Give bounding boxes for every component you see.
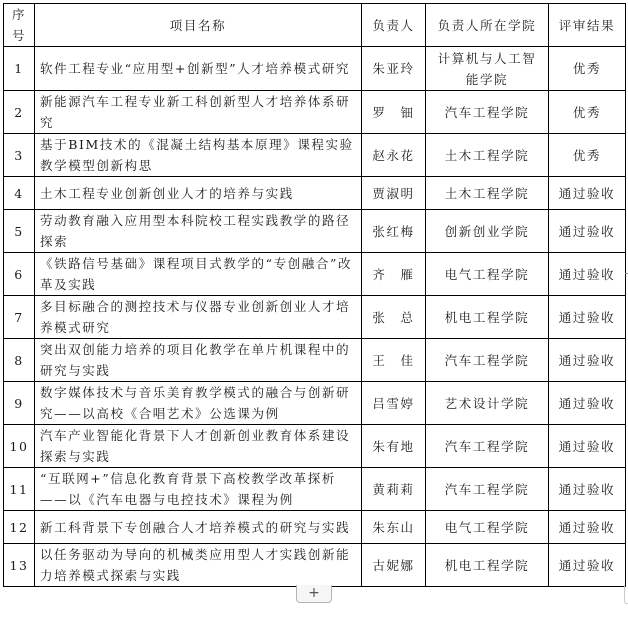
row-college: 计算机与人工智能学院 [426,47,549,91]
row-seq: 5 [4,210,35,253]
table-row: 7多目标融合的测控技术与仪器专业创新创业人才培养模式研究张 总机电工程学院通过验… [4,296,626,339]
row-seq: 4 [4,177,35,210]
header-name: 项目名称 [35,4,362,47]
row-college: 机电工程学院 [426,544,549,587]
header-person: 负责人 [362,4,426,47]
row-college: 土木工程学院 [426,134,549,177]
row-college: 土木工程学院 [426,177,549,210]
table-row: 3基于BIM技术的《混凝土结构基本原理》课程实验教学模型创新构思赵永花土木工程学… [4,134,626,177]
plus-icon: + [308,585,320,601]
row-seq: 8 [4,339,35,382]
row-seq: 3 [4,134,35,177]
row-result: 通过验收 [549,339,626,382]
table-row: 10汽车产业智能化背景下人才创新创业教育体系建设探索与实践朱有地汽车工程学院通过… [4,425,626,468]
row-person: 朱有地 [362,425,426,468]
row-seq: 13 [4,544,35,587]
table-row: 2新能源汽车工程专业新工科创新型人才培养体系研究罗 钿汽车工程学院优秀 [4,91,626,134]
row-person: 罗 钿 [362,91,426,134]
table-row: 5劳动教育融入应用型本科院校工程实践教学的路径探索张红梅创新创业学院通过验收 [4,210,626,253]
row-person: 齐 雁 [362,253,426,296]
project-review-table: 序号 项目名称 负责人 负责人所在学院 评审结果 1软件工程专业“应用型+创新型… [3,3,626,587]
row-person: 朱东山 [362,511,426,544]
right-edge-handle [624,585,628,604]
row-result: 通过验收 [549,382,626,425]
row-seq: 11 [4,468,35,511]
row-project-name: 汽车产业智能化背景下人才创新创业教育体系建设探索与实践 [35,425,362,468]
header-row: 序号 项目名称 负责人 负责人所在学院 评审结果 [4,4,626,47]
row-seq: 12 [4,511,35,544]
row-person: 吕雪婷 [362,382,426,425]
table-row: 1软件工程专业“应用型+创新型”人才培养模式研究朱亚玲计算机与人工智能学院优秀 [4,47,626,91]
table-row: 8突出双创能力培养的项目化教学在单片机课程中的研究与实践王 佳汽车工程学院通过验… [4,339,626,382]
row-college: 艺术设计学院 [426,382,549,425]
row-result: 通过验收 [549,177,626,210]
table-row: 6《铁路信号基础》课程项目式教学的“专创融合”改革及实践齐 雁电气工程学院通过验… [4,253,626,296]
table-row: 9数字媒体技术与音乐美育教学模式的融合与创新研究——以高校《合唱艺术》公选课为例… [4,382,626,425]
row-result: 通过验收 [549,511,626,544]
header-result: 评审结果 [549,4,626,47]
row-person: 赵永花 [362,134,426,177]
row-result: 通过验收 [549,468,626,511]
row-college: 电气工程学院 [426,253,549,296]
header-college: 负责人所在学院 [426,4,549,47]
row-person: 贾淑明 [362,177,426,210]
row-result: 通过验收 [549,544,626,587]
row-project-name: 新能源汽车工程专业新工科创新型人才培养体系研究 [35,91,362,134]
row-result: 通过验收 [549,210,626,253]
row-project-name: “互联网+”信息化教育背景下高校教学改革探析——以《汽车电器与电控技术》课程为例 [35,468,362,511]
row-seq: 9 [4,382,35,425]
row-project-name: 劳动教育融入应用型本科院校工程实践教学的路径探索 [35,210,362,253]
row-project-name: 新工科背景下专创融合人才培养模式的研究与实践 [35,511,362,544]
row-college: 汽车工程学院 [426,425,549,468]
row-person: 张 总 [362,296,426,339]
row-college: 机电工程学院 [426,296,549,339]
row-college: 创新创业学院 [426,210,549,253]
row-result: 优秀 [549,91,626,134]
row-project-name: 软件工程专业“应用型+创新型”人才培养模式研究 [35,47,362,91]
row-college: 电气工程学院 [426,511,549,544]
row-seq: 6 [4,253,35,296]
row-project-name: 数字媒体技术与音乐美育教学模式的融合与创新研究——以高校《合唱艺术》公选课为例 [35,382,362,425]
row-seq: 10 [4,425,35,468]
row-project-name: 突出双创能力培养的项目化教学在单片机课程中的研究与实践 [35,339,362,382]
table-row: 4土木工程专业创新创业人才的培养与实践贾淑明土木工程学院通过验收 [4,177,626,210]
row-person: 王 佳 [362,339,426,382]
row-college: 汽车工程学院 [426,91,549,134]
row-person: 张红梅 [362,210,426,253]
row-person: 黄莉莉 [362,468,426,511]
row-result: 通过验收 [549,296,626,339]
row-college: 汽车工程学院 [426,339,549,382]
table-body: 1软件工程专业“应用型+创新型”人才培养模式研究朱亚玲计算机与人工智能学院优秀2… [4,47,626,587]
row-result: 通过验收 [549,425,626,468]
row-person: 古妮娜 [362,544,426,587]
row-result: 优秀 [549,47,626,91]
table-row: 13以任务驱动为导向的机械类应用型人才实践创新能力培养模式探索与实践古妮娜机电工… [4,544,626,587]
table-row: 12新工科背景下专创融合人才培养模式的研究与实践朱东山电气工程学院通过验收 [4,511,626,544]
row-project-name: 多目标融合的测控技术与仪器专业创新创业人才培养模式研究 [35,296,362,339]
row-seq: 2 [4,91,35,134]
row-project-name: 基于BIM技术的《混凝土结构基本原理》课程实验教学模型创新构思 [35,134,362,177]
header-seq: 序号 [4,4,35,47]
row-project-name: 《铁路信号基础》课程项目式教学的“专创融合”改革及实践 [35,253,362,296]
row-college: 汽车工程学院 [426,468,549,511]
row-project-name: 土木工程专业创新创业人才的培养与实践 [35,177,362,210]
table-row: 11“互联网+”信息化教育背景下高校教学改革探析——以《汽车电器与电控技术》课程… [4,468,626,511]
row-seq: 7 [4,296,35,339]
add-row-button[interactable]: + [296,585,332,603]
row-seq: 1 [4,47,35,91]
row-person: 朱亚玲 [362,47,426,91]
row-project-name: 以任务驱动为导向的机械类应用型人才实践创新能力培养模式探索与实践 [35,544,362,587]
row-result: 通过验收 [549,253,626,296]
row-result: 优秀 [549,134,626,177]
